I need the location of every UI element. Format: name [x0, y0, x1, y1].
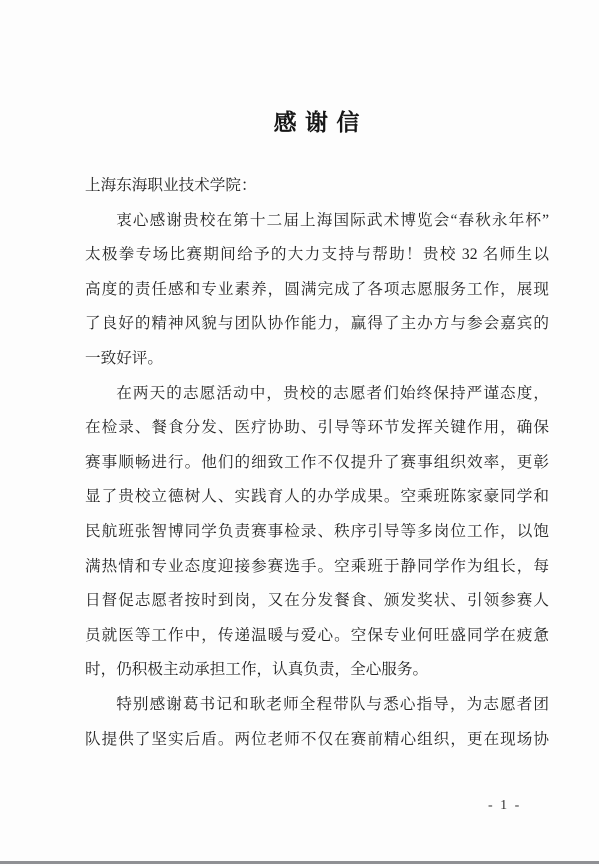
letter-body: 上海东海职业技术学院： 衷心感谢贵校在第十二届上海国际武术博览会“春秋永年杯” …: [85, 169, 549, 757]
paragraph-line: 显了贵校立德树人、实践育人的办学成果。空乘班陈家豪同学和: [85, 480, 549, 515]
paragraph-line: 时，仍积极主动承担工作，认真负责，全心服务。: [85, 653, 549, 688]
letter-title: 感 谢 信: [85, 0, 549, 139]
page-number: - 1 -: [488, 797, 521, 815]
salutation: 上海东海职业技术学院：: [85, 169, 549, 204]
paragraph-line: 队提供了坚实后盾。两位老师不仅在赛前精心组织，更在现场协: [85, 723, 549, 758]
paragraph-line: 员就医等工作中，传递温暖与爱心。空保专业何旺盛同学在疲惫: [85, 619, 549, 654]
scanned-letter-page: 感 谢 信 上海东海职业技术学院： 衷心感谢贵校在第十二届上海国际武术博览会“春…: [0, 0, 599, 866]
paragraph-line: 衷心感谢贵校在第十二届上海国际武术博览会“春秋永年杯”: [85, 204, 549, 239]
paragraph-line: 在两天的志愿活动中，贵校的志愿者们始终保持严谨态度，: [85, 377, 549, 412]
scan-bottom-edge: [0, 861, 599, 864]
paragraph-line: 一致好评。: [85, 342, 549, 377]
paragraph-line: 民航班张智博同学负责赛事检录、秩序引导等多岗位工作，以饱: [85, 515, 549, 550]
paragraph-line: 日督促志愿者按时到岗，又在分发餐食、颁发奖状、引领参赛人: [85, 584, 549, 619]
paragraph-line: 满热情和专业态度迎接参赛选手。空乘班于静同学作为组长，每: [85, 550, 549, 585]
paragraph-line: 高度的责任感和专业素养，圆满完成了各项志愿服务工作，展现: [85, 273, 549, 308]
paragraph-line: 在检录、餐食分发、医疗协助、引导等环节发挥关键作用，确保: [85, 411, 549, 446]
paragraph-line: 了良好的精神风貌与团队协作能力，赢得了主办方与参会嘉宾的: [85, 307, 549, 342]
paragraph-line: 赛事顺畅进行。他们的细致工作不仅提升了赛事组织效率，更彰: [85, 446, 549, 481]
paragraph-line: 特别感谢葛书记和耿老师全程带队与悉心指导，为志愿者团: [85, 688, 549, 723]
paragraph-line: 太极拳专场比赛期间给予的大力支持与帮助！贵校 32 名师生以: [85, 238, 549, 273]
